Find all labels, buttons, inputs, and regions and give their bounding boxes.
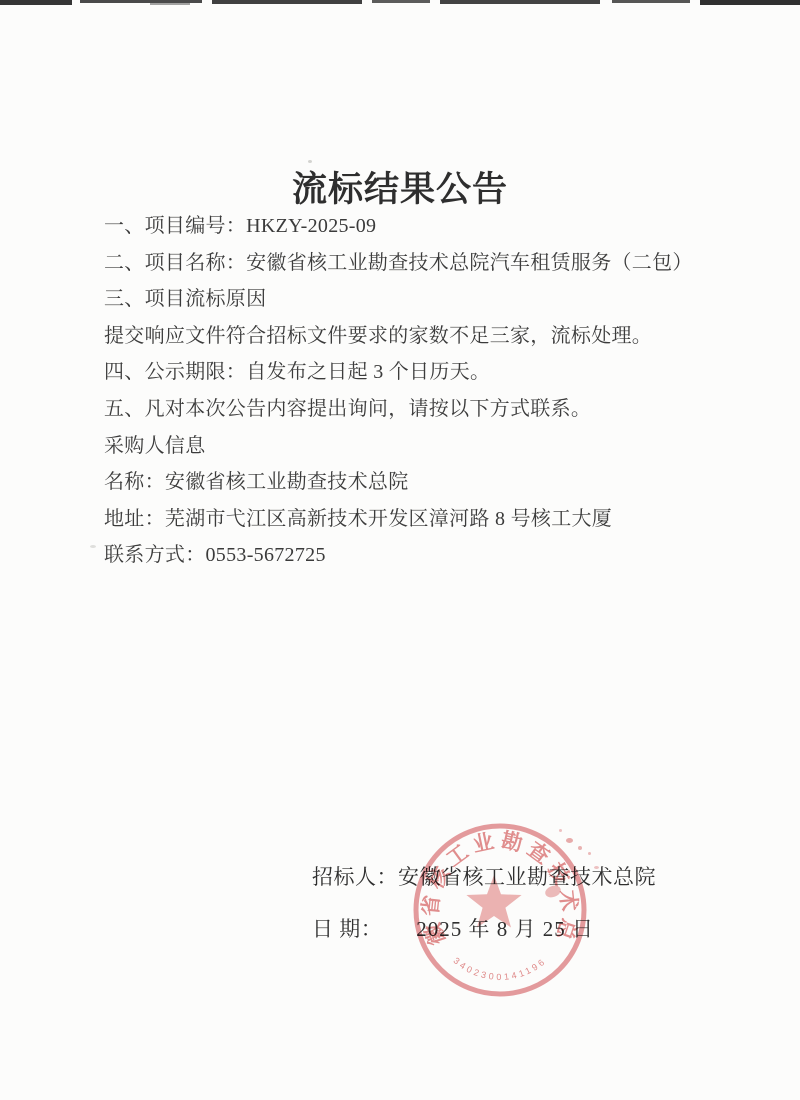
document-line-contact-phone: 联系方式：0553-5672725: [104, 537, 744, 574]
document-page: 流标结果公告 一、项目编号：HKZY-2025-09 二、项目名称：安徽省核工业…: [0, 0, 800, 1100]
ink-smudge: [578, 846, 582, 850]
document-line-purchaser-address: 地址：芜湖市弋江区高新技术开发区漳河路 8 号核工大厦: [104, 501, 744, 538]
scan-speck: [308, 160, 312, 163]
document-line-inquiry-notice: 五、凡对本次公告内容提出询问，请按以下方式联系。: [104, 391, 744, 428]
document-line-purchaser-info-heading: 采购人信息: [104, 428, 744, 465]
official-seal: 安徽省核工业勘查技术总院 3402300141196: [405, 815, 595, 1005]
document-line-publicity-period: 四、公示期限：自发布之日起 3 个日历天。: [104, 354, 744, 391]
ink-smudge: [594, 866, 599, 869]
seal-serial-number: 3402300141196: [451, 955, 548, 981]
document-line-project-name: 二、项目名称：安徽省核工业勘查技术总院汽车租赁服务（二包）: [104, 245, 744, 282]
ink-smudge: [559, 829, 562, 832]
document-line-failure-reason: 提交响应文件符合招标文件要求的家数不足三家，流标处理。: [104, 318, 744, 355]
date-label: 日 期：: [312, 917, 382, 941]
announcement-title: 流标结果公告: [0, 162, 800, 212]
ink-smudge: [588, 852, 591, 855]
bidder-label: 招标人：: [312, 865, 398, 889]
ink-smudge: [566, 838, 573, 843]
document-line-project-number: 一、项目编号：HKZY-2025-09: [104, 208, 744, 245]
scan-artifact-top-edge: [0, 0, 800, 9]
document-line-purchaser-name: 名称：安徽省核工业勘查技术总院: [104, 464, 744, 501]
star-icon: [466, 875, 521, 928]
scan-speck: [90, 545, 96, 548]
document-body: 一、项目编号：HKZY-2025-09 二、项目名称：安徽省核工业勘查技术总院汽…: [104, 208, 744, 574]
document-line-failure-heading: 三、项目流标原因: [104, 281, 744, 318]
